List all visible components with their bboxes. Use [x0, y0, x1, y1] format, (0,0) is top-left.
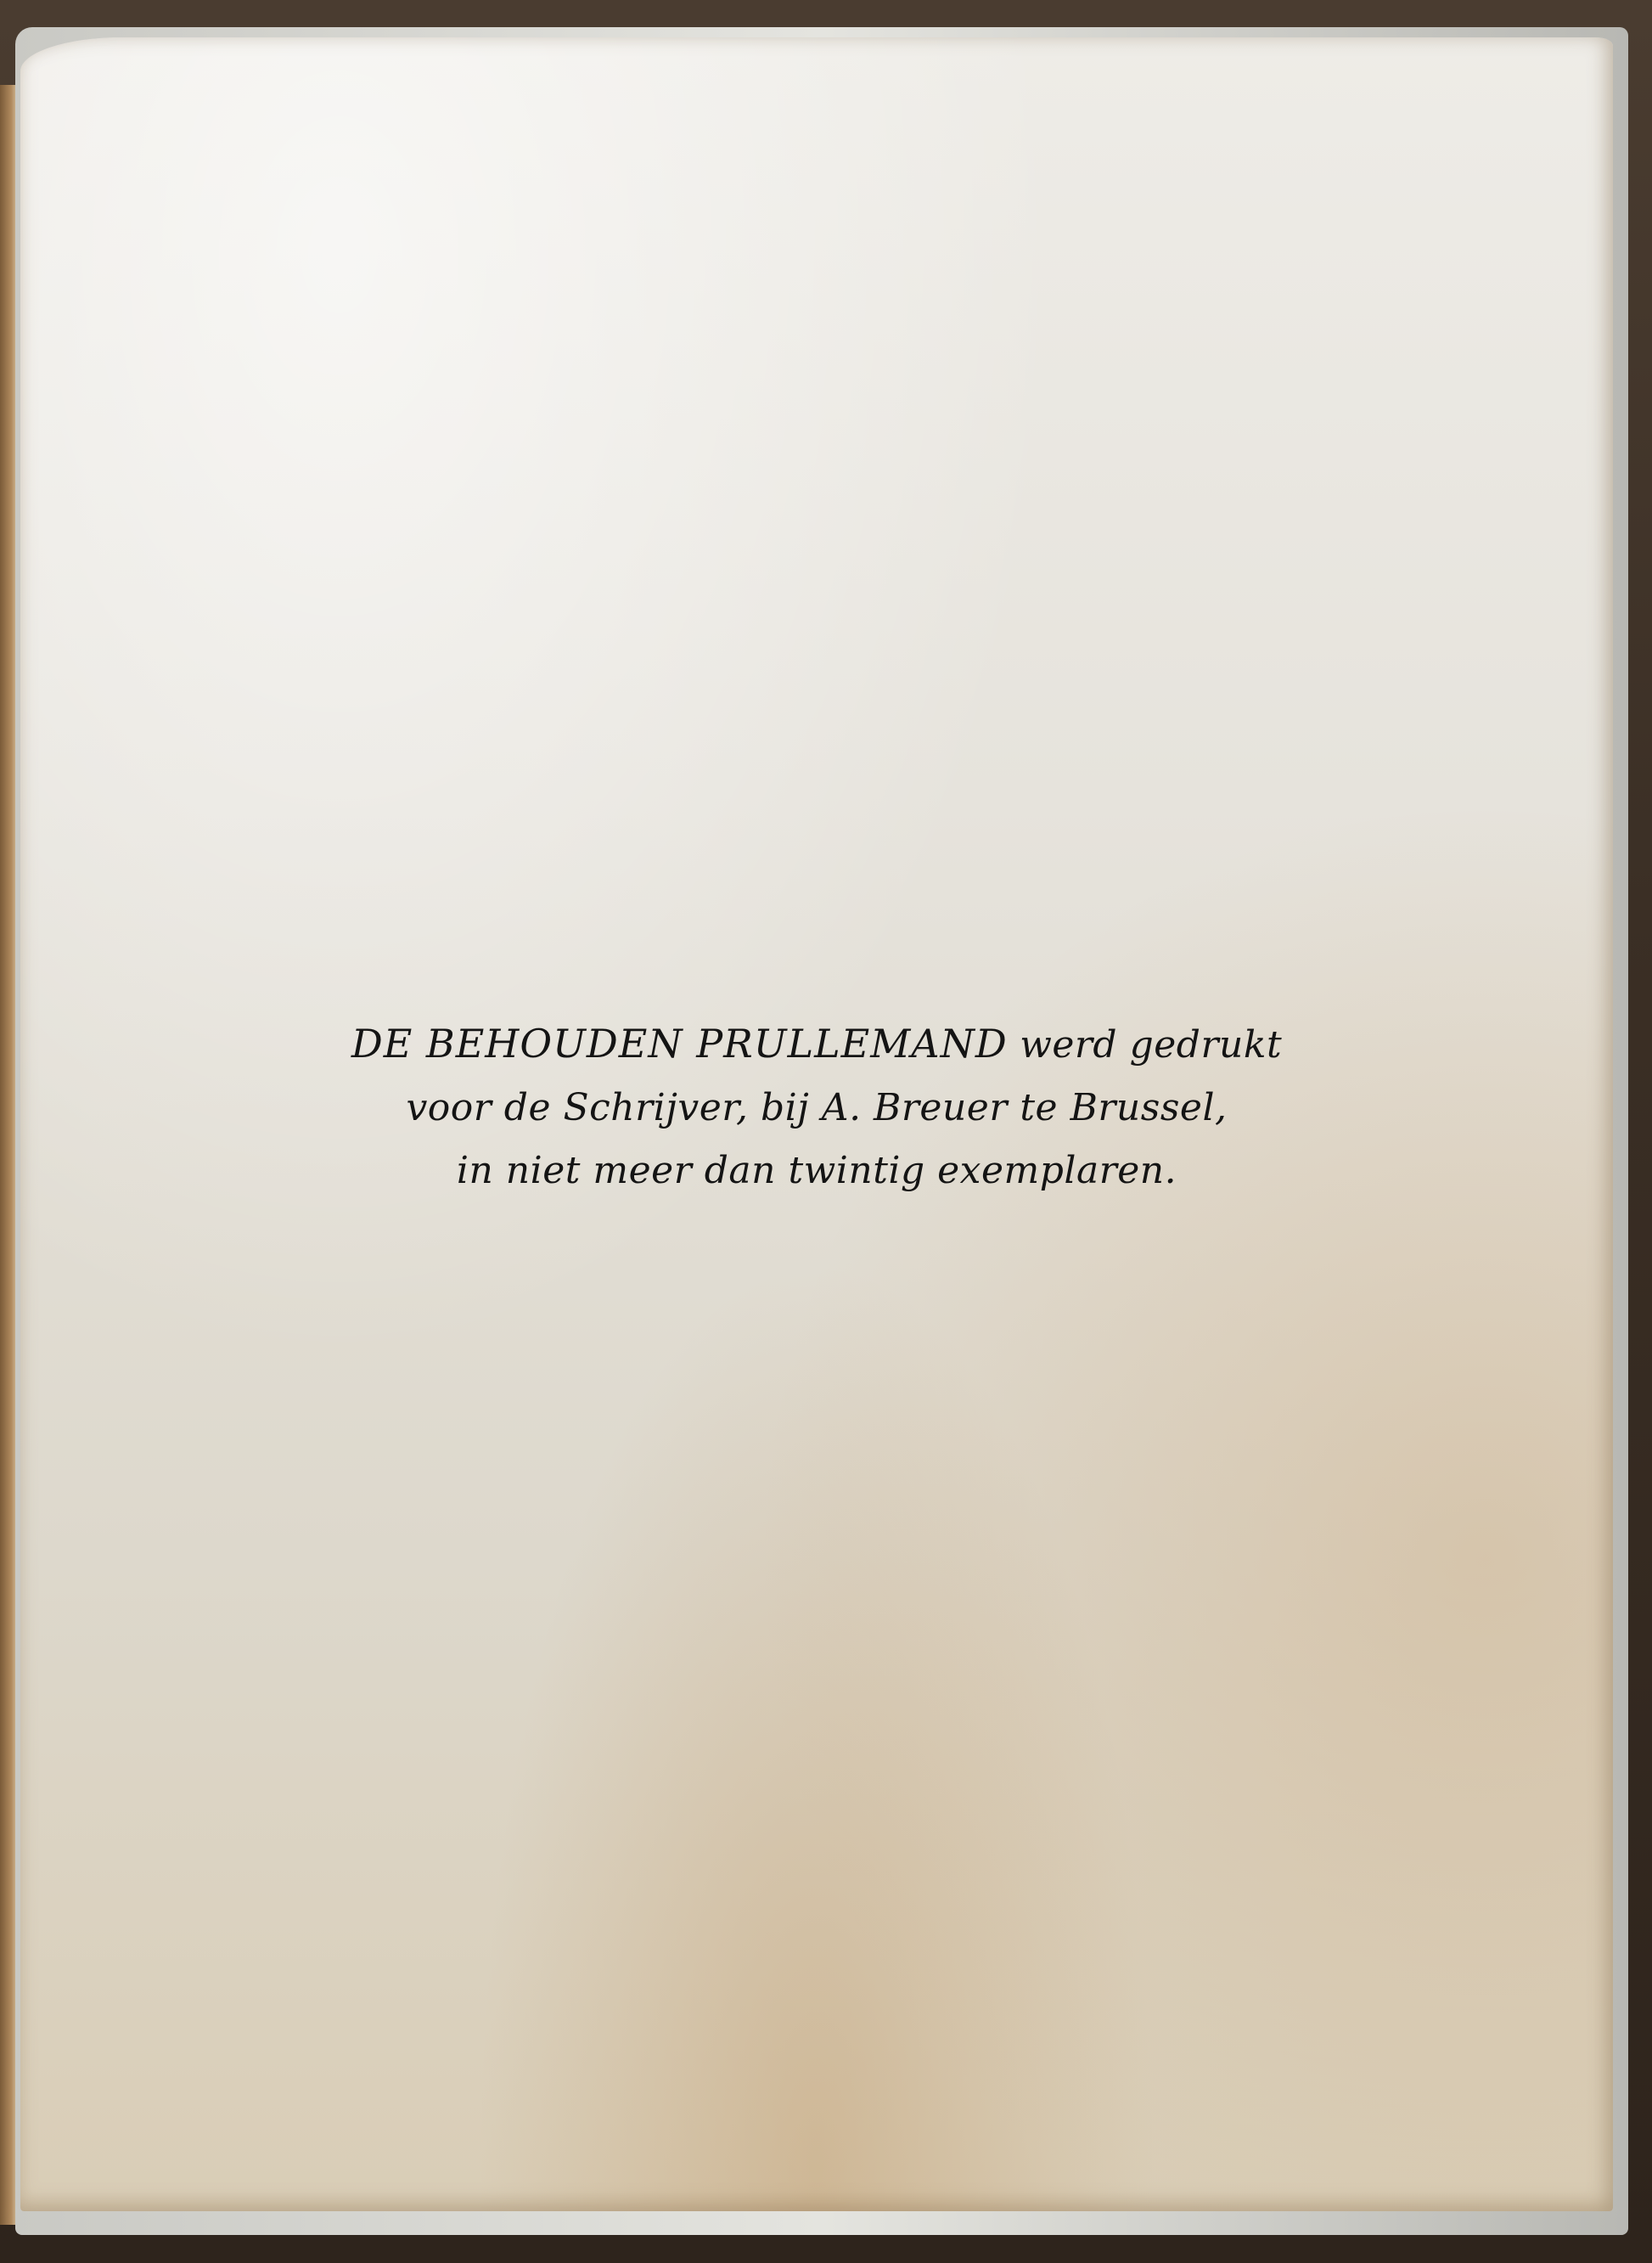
colophon-line-3: in niet meer dan twintig exemplaren.	[20, 1140, 1613, 1202]
colophon-line-1-rest: werd gedrukt	[1008, 1023, 1282, 1067]
colophon-line-2: voor de Schrijver, bij A. Breuer te Brus…	[20, 1077, 1613, 1140]
colophon-line-1: DE BEHOUDEN PRULLEMAND werd gedrukt	[20, 1012, 1613, 1077]
book-title: DE BEHOUDEN PRULLEMAND	[351, 1021, 1008, 1067]
colophon-text: DE BEHOUDEN PRULLEMAND werd gedrukt voor…	[20, 1012, 1613, 1202]
book-page: DE BEHOUDEN PRULLEMAND werd gedrukt voor…	[20, 37, 1613, 2211]
